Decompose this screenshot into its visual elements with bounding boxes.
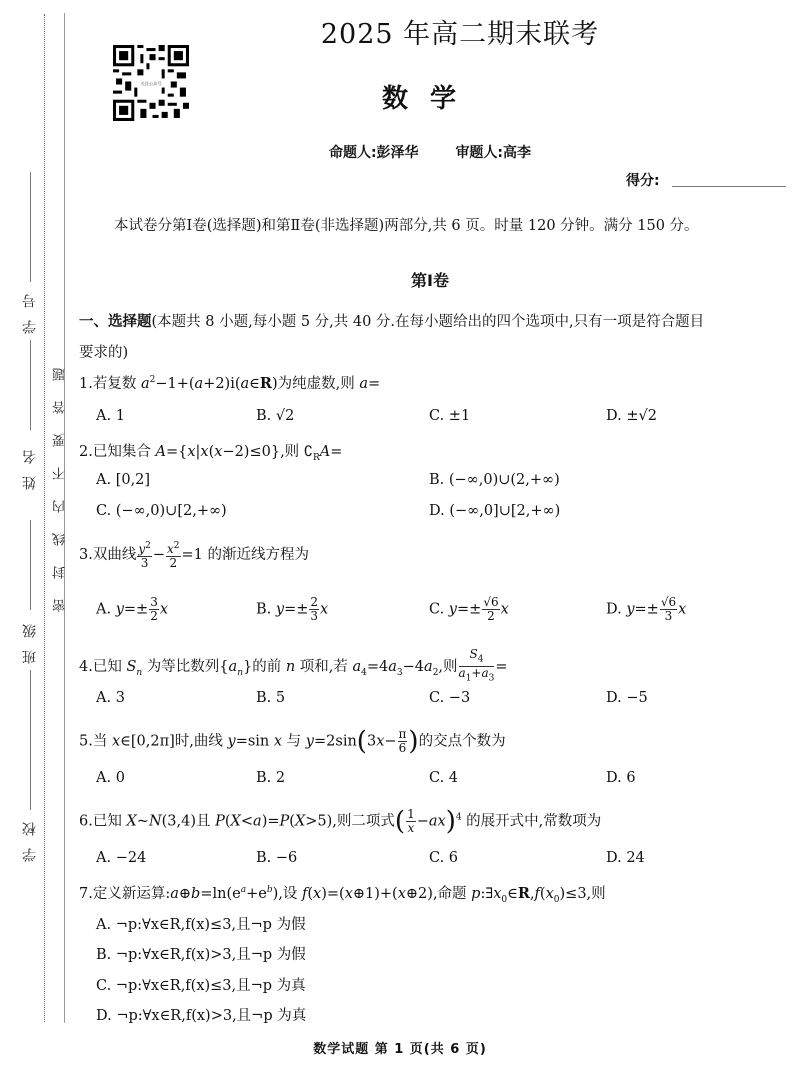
q3-option-b[interactable]: B. y=±23x	[256, 596, 328, 623]
student-id-blank[interactable]	[30, 172, 31, 282]
section-instructions: (本题共 8 小题,每小题 5 分,共 40 分.在每小题给出的四个选项中,只有…	[152, 314, 705, 330]
q5-option-c[interactable]: C. 4	[429, 770, 458, 786]
q7-option-b[interactable]: B. ¬p:∀x∈R,f(x)>3,且¬p 为假	[96, 943, 306, 964]
question-5: 5.当 x∈[0,2π]时,曲线 y=sin x 与 y=2sin(3x−π6)…	[79, 728, 506, 755]
q3-option-d[interactable]: D. y=±√63x	[606, 596, 686, 623]
q5-option-d[interactable]: D. 6	[606, 770, 636, 786]
q3-option-c[interactable]: C. y=±√62x	[429, 596, 509, 623]
question-3: 3.双曲线y23−x22=1 的渐近线方程为	[79, 540, 309, 570]
q2-option-a[interactable]: A. [0,2]	[96, 472, 150, 488]
class-blank[interactable]	[30, 670, 31, 810]
q6-option-a[interactable]: A. −24	[96, 850, 146, 866]
q6-option-c[interactable]: C. 6	[429, 850, 458, 866]
section-instructions-cont: 要求的)	[79, 341, 128, 362]
question-4: 4.已知 Sn 为等比数列{an}的前 n 项和,若 a4=4a3−4a2,则S…	[79, 648, 508, 686]
question-7: 7.定义新运算:a⊕b=ln(ea+eb),设 f(x)=(x⊕1)+(x⊕2)…	[79, 882, 606, 905]
exam-intro: 本试卷分第Ⅰ卷(选择题)和第Ⅱ卷(非选择题)两部分,共 6 页。时量 120 分…	[114, 214, 699, 235]
q2-option-b[interactable]: B. (−∞,0)∪(2,+∞)	[429, 472, 560, 488]
seal-warning-text: 密封线内不要答题	[51, 348, 70, 612]
section-title: 一、选择题	[79, 314, 152, 330]
part-title: 第Ⅰ卷	[0, 268, 800, 291]
seal-dotted-line	[44, 14, 45, 1022]
exam-title: 2025 年高二期末联考	[0, 12, 800, 51]
name-label: 姓名	[20, 438, 40, 490]
q4-option-d[interactable]: D. −5	[606, 690, 648, 706]
setter-name: 命题人:彭泽华	[329, 145, 419, 161]
q2-option-c[interactable]: C. (−∞,0)∪[2,+∞)	[96, 503, 227, 519]
question-1: 1.若复数 a2−1+(a+2)i(a∈R)为纯虚数,则 a=	[79, 372, 380, 393]
question-2: 2.已知集合 A={x|x(x−2)≤0},则 ∁RA=	[79, 440, 342, 463]
reviewer-name: 审题人:高李	[455, 145, 531, 161]
page-footer: 数学试题 第 1 页(共 6 页)	[0, 1038, 800, 1057]
q1-option-a[interactable]: A. 1	[96, 408, 125, 424]
q7-option-a[interactable]: A. ¬p:∀x∈R,f(x)≤3,且¬p 为假	[96, 913, 306, 934]
q1-option-b[interactable]: B. √2	[256, 408, 294, 424]
class-blank-upper	[30, 520, 31, 610]
q4-option-c[interactable]: C. −3	[429, 690, 470, 706]
q6-option-b[interactable]: B. −6	[256, 850, 297, 866]
subject-title: 数学	[0, 78, 800, 115]
q5-option-a[interactable]: A. 0	[96, 770, 125, 786]
school-label: 学校	[20, 810, 40, 862]
q7-option-c[interactable]: C. ¬p:∀x∈R,f(x)≤3,且¬p 为真	[96, 974, 306, 995]
q6-option-d[interactable]: D. 24	[606, 850, 645, 866]
q4-option-b[interactable]: B. 5	[256, 690, 285, 706]
name-blank[interactable]	[30, 340, 31, 430]
section-heading: 一、选择题(本题共 8 小题,每小题 5 分,共 40 分.在每小题给出的四个选…	[79, 310, 704, 331]
q5-option-b[interactable]: B. 2	[256, 770, 285, 786]
authors-line: 命题人:彭泽华 审题人:高李	[0, 142, 800, 162]
q4-option-a[interactable]: A. 3	[96, 690, 125, 706]
q7-option-d[interactable]: D. ¬p:∀x∈R,f(x)>3,且¬p 为真	[96, 1004, 306, 1025]
score-blank[interactable]	[672, 186, 786, 187]
q1-option-d[interactable]: D. ±√2	[606, 408, 657, 424]
q1-option-c[interactable]: C. ±1	[429, 408, 470, 424]
score-label: 得分:	[626, 170, 660, 190]
q3-option-a[interactable]: A. y=±32x	[96, 596, 168, 623]
class-label: 班级	[20, 612, 40, 664]
question-6: 6.已知 X~N(3,4)且 P(X<a)=P(X>5),则二项式(1x−ax)…	[79, 808, 601, 835]
q2-option-d[interactable]: D. (−∞,0]∪[2,+∞)	[429, 503, 560, 519]
